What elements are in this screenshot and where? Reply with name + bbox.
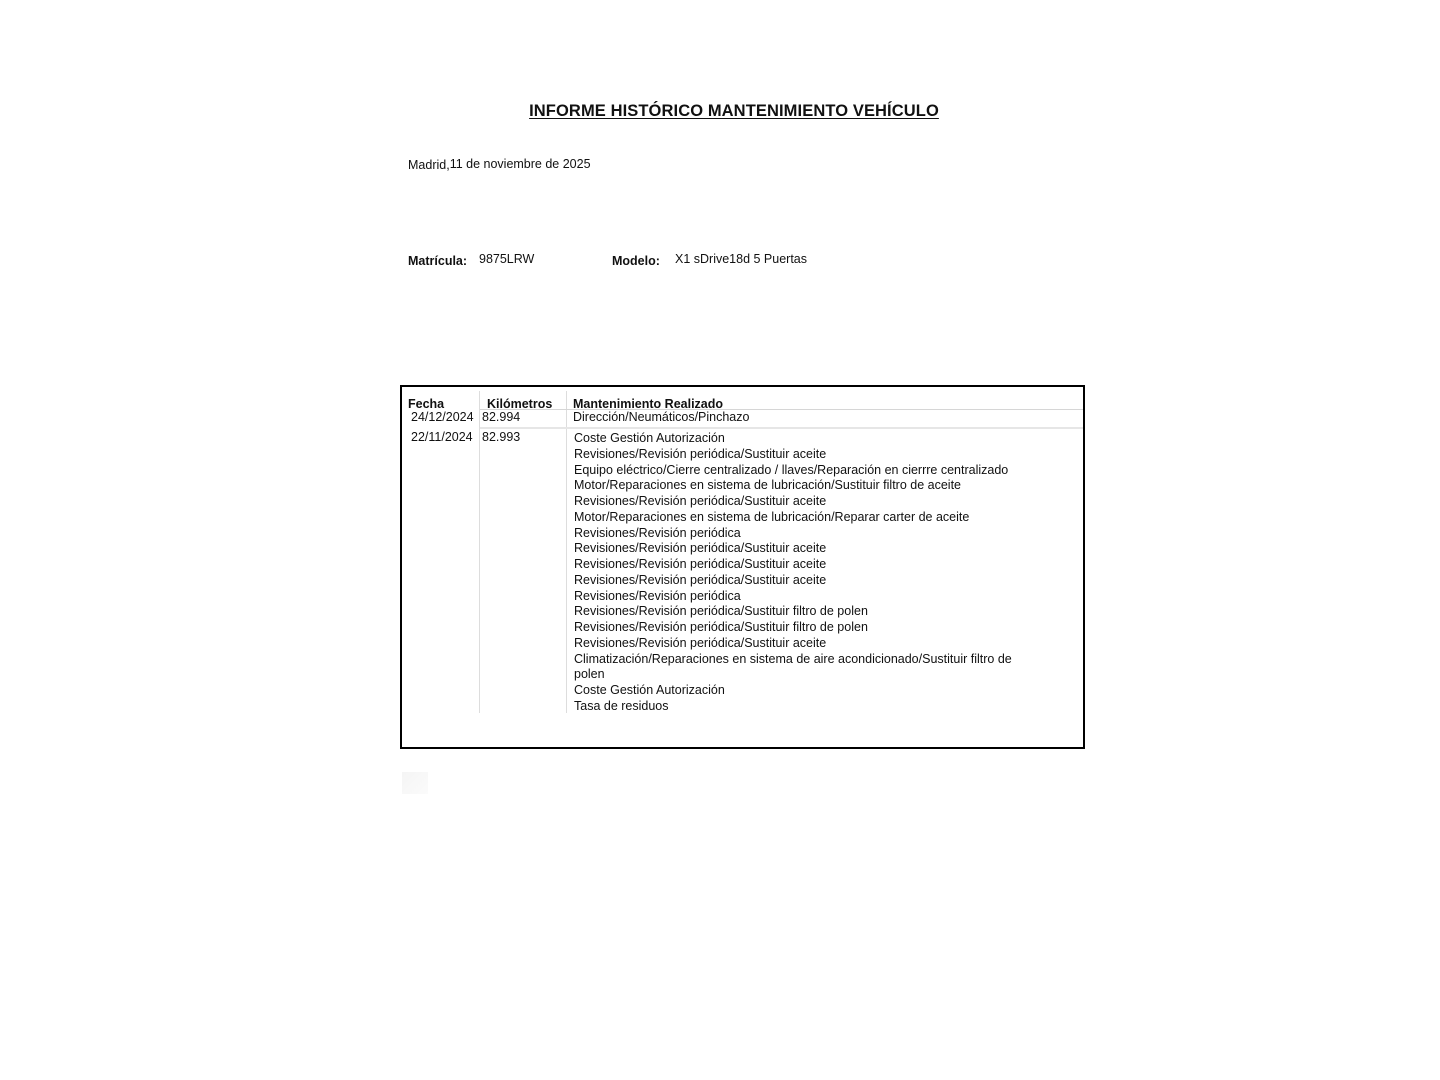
maintenance-item: Revisiones/Revisión periódica/Sustituir …	[574, 604, 1012, 620]
maintenance-item: Revisiones/Revisión periódica/Sustituir …	[574, 573, 1012, 589]
maintenance-item: Revisiones/Revisión periódica	[574, 589, 1012, 605]
maintenance-item: Motor/Reparaciones en sistema de lubrica…	[574, 478, 1012, 494]
maintenance-table: Fecha Kilómetros Mantenimiento Realizado…	[400, 385, 1085, 749]
maintenance-item: Coste Gestión Autorización	[574, 683, 1012, 699]
row-maintenance: Dirección/Neumáticos/Pinchazo	[573, 410, 749, 424]
place-date: Madrid,11 de noviembre de 2025	[408, 157, 591, 171]
maintenance-item: Tasa de residuos	[574, 699, 1012, 715]
maintenance-item: Revisiones/Revisión periódica/Sustituir …	[574, 620, 1012, 636]
plate-label: Matrícula:	[408, 254, 467, 268]
maintenance-items-list: Coste Gestión AutorizaciónRevisiones/Rev…	[574, 431, 1012, 715]
report-title: INFORME HISTÓRICO MANTENIMIENTO VEHÍCULO	[0, 102, 1440, 121]
model-value: X1 sDrive18d 5 Puertas	[675, 252, 807, 266]
maintenance-item: Revisiones/Revisión periódica/Sustituir …	[574, 494, 1012, 510]
column-divider	[566, 391, 567, 713]
maintenance-item: Revisiones/Revisión periódica/Sustituir …	[574, 557, 1012, 573]
maintenance-item: Revisiones/Revisión periódica/Sustituir …	[574, 447, 1012, 463]
header-divider	[480, 409, 1083, 410]
row-km: 82.994	[482, 410, 520, 424]
maintenance-item: Revisiones/Revisión periódica/Sustituir …	[574, 541, 1012, 557]
maintenance-item: Revisiones/Revisión periódica	[574, 526, 1012, 542]
maintenance-item: polen	[574, 667, 1012, 683]
maintenance-item: Revisiones/Revisión periódica/Sustituir …	[574, 636, 1012, 652]
maintenance-item: Coste Gestión Autorización	[574, 431, 1012, 447]
row-km: 82.993	[482, 430, 520, 444]
report-date: 11 de noviembre de 2025	[450, 157, 591, 171]
column-divider	[479, 391, 480, 713]
maintenance-item: Climatización/Reparaciones en sistema de…	[574, 652, 1012, 668]
place: Madrid,	[408, 158, 450, 172]
row-divider	[480, 427, 1083, 429]
row-date: 22/11/2024	[411, 430, 473, 444]
header-date: Fecha	[408, 397, 444, 411]
maintenance-item: Motor/Reparaciones en sistema de lubrica…	[574, 510, 1012, 526]
maintenance-item: Equipo eléctrico/Cierre centralizado / l…	[574, 463, 1012, 479]
plate-value: 9875LRW	[479, 252, 534, 266]
row-date: 24/12/2024	[411, 410, 474, 424]
model-label: Modelo:	[612, 254, 660, 268]
scan-artifact	[402, 772, 428, 794]
